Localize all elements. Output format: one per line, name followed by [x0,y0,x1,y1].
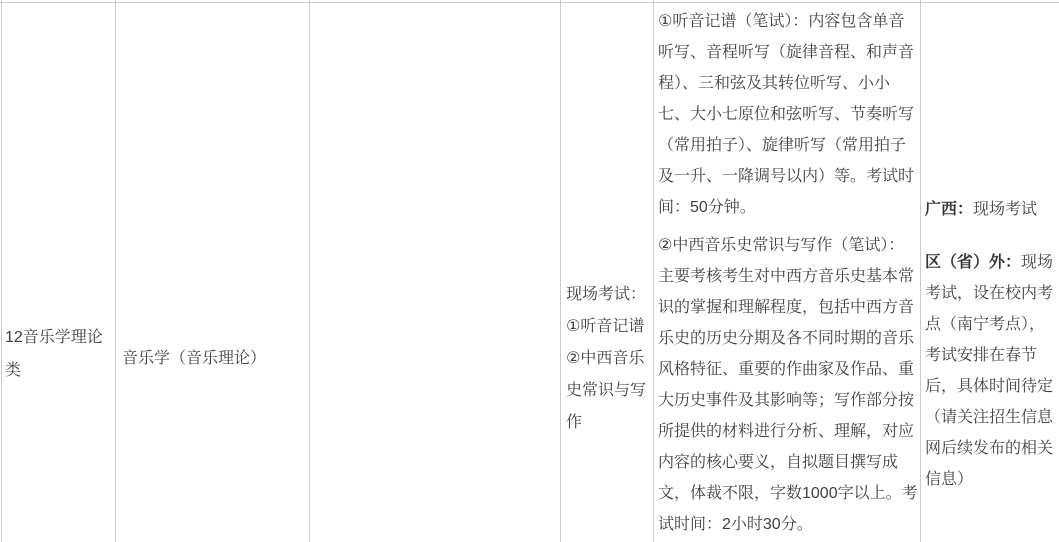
location-outside-line: 区（省）外：现场考试，设在校内考点（南宁考点），考试安排在春节后，具体时间待定（… [925,247,1058,495]
location-guangxi-value: 现场考试 [973,201,1037,218]
exam-location-text: 广西：现场考试 区（省）外：现场考试，设在校内考点（南宁考点），考试安排在春节后… [925,194,1058,495]
location-guangxi-line: 广西：现场考试 [925,194,1058,225]
exam-content-paragraph-2: ②中西音乐史常识与写作（笔试）：主要考核考生对中西方音乐史基本常识的掌握和理解程… [658,230,918,540]
cell-major: 音乐学（音乐理论） [115,0,309,542]
exam-subjects-text: 现场考试：①听音记谱②中西音乐史常识与写作 [566,279,652,439]
admission-exam-table: 12音乐学理论类 音乐学（音乐理论） 现场考试：①听音记谱②中西音乐史常识与写作… [0,0,1059,542]
cell-exam-content: ①听音记谱（笔试）：内容包含单音听写、音程听写（旋律音程、和声音程）、三和弦及其… [653,0,920,542]
cell-exam-subjects: 现场考试：①听音记谱②中西音乐史常识与写作 [560,0,653,542]
location-guangxi-label: 广西： [925,201,973,218]
location-outside-label: 区（省）外： [925,254,1021,271]
exam-content-text: ①听音记谱（笔试）：内容包含单音听写、音程听写（旋律音程、和声音程）、三和弦及其… [658,6,918,540]
exam-content-paragraph-1: ①听音记谱（笔试）：内容包含单音听写、音程听写（旋律音程、和声音程）、三和弦及其… [658,6,918,223]
cell-exam-location: 广西：现场考试 区（省）外：现场考试，设在校内考点（南宁考点），考试安排在春节后… [920,0,1059,542]
cell-category: 12音乐学理论类 [1,0,115,542]
major-text: 音乐学（音乐理论） [122,342,306,375]
cell-empty [309,0,560,542]
location-outside-value: 现场考试，设在校内考点（南宁考点），考试安排在春节后，具体时间待定（请关注招生信… [925,254,1053,488]
category-text: 12音乐学理论类 [5,321,113,387]
